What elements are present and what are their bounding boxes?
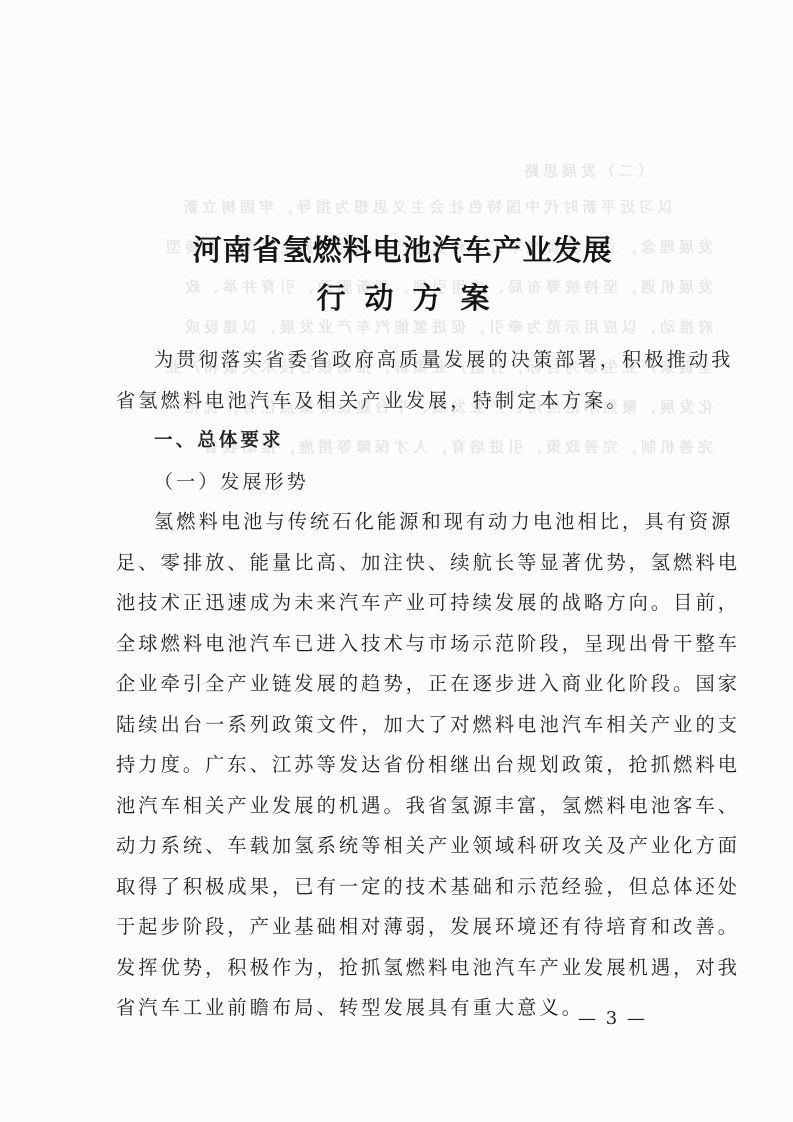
section-heading: 一、总体要求 (116, 421, 682, 462)
document-page: （二）发展思路 以习近平新时代中国特色社会主义思想为指导，牢固树立新 发展理念，… (0, 0, 793, 1122)
paragraph-line: 发挥优势，积极作为，抢抓氢燃料电池汽车产业发展机遇，对我 (116, 948, 682, 989)
paragraph-line: 企业牵引全产业链发展的趋势，正在逐步进入商业化阶段。国家 (116, 664, 682, 705)
paragraph-line: 陆续出台一系列政策文件，加大了对燃料电池汽车相关产业的支 (116, 705, 682, 746)
subsection-heading: （一）发展形势 (116, 462, 682, 503)
paragraph-line: 取得了积极成果，已有一定的技术基础和示范经验，但总体还处 (116, 867, 682, 908)
paragraph-line: 池技术正迅速成为未来汽车产业可持续发展的战略方向。目前， (116, 583, 682, 624)
paragraph-line: 氢燃料电池与传统石化能源和现有动力电池相比，具有资源 (116, 502, 682, 543)
document-title-line-1: 河南省氢燃料电池汽车产业发展 (6, 228, 793, 269)
page-number: — 3 — (578, 1008, 647, 1029)
intro-line: 省氢燃料电池汽车及相关产业发展，特制定本方案。 (116, 381, 682, 422)
intro-line: 为贯彻落实省委省政府高质量发展的决策部署，积极推动我 (116, 340, 682, 381)
bleed-line: 以习近平新时代中国特色社会主义思想为指导，牢固树立新 (179, 196, 673, 217)
paragraph-line: 动力系统、车载加氢系统等相关产业领域科研攻关及产业化方面 (116, 826, 682, 867)
paragraph-line: 持力度。广东、江苏等发达省份相继出台规划政策，抢抓燃料电 (116, 745, 682, 786)
paragraph-line: 池汽车相关产业发展的机遇。我省氢源丰富，氢燃料电池客车、 (116, 786, 682, 827)
bleed-line: （二）发展思路 (520, 160, 653, 181)
paragraph-line: 于起步阶段，产业基础相对薄弱，发展环境还有待培育和改善。 (116, 907, 682, 948)
document-title-line-2: 行动方案 (16, 276, 793, 317)
bleed-line: 府推动，以应用示范为牵引，促进氢能汽车产业发展，以建设成 (181, 316, 713, 337)
paragraph-line: 足、零排放、能量比高、加注快、续航长等显著优势，氢燃料电 (116, 543, 682, 584)
document-body: 为贯彻落实省委省政府高质量发展的决策部署，积极推动我 省氢燃料电池汽车及相关产业… (116, 340, 682, 1029)
paragraph-line: 全球燃料电池汽车已进入技术与市场示范阶段，呈现出骨干整车 (116, 624, 682, 665)
